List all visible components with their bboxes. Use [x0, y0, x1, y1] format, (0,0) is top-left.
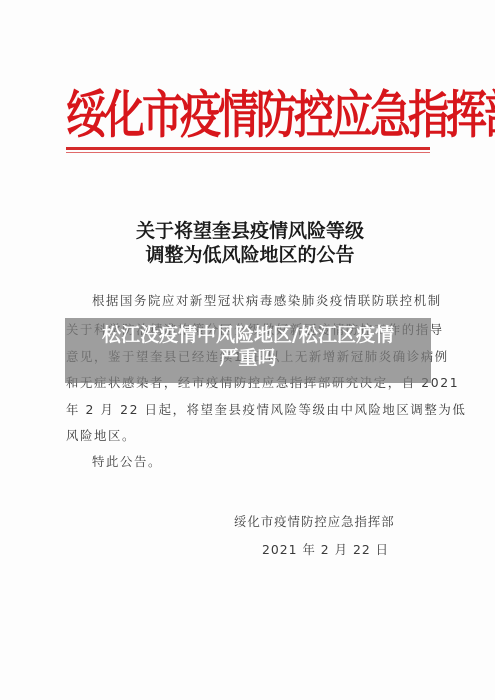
- header-rule-thick: [66, 147, 430, 150]
- body-line: 根据国务院应对新型冠状病毒感染肺炎疫情联防联控机制: [92, 291, 459, 309]
- header-rule-thin: [66, 152, 430, 153]
- document-title-line1: 关于将望奎县疫情风险等级: [100, 219, 400, 243]
- signature-date: 2021 年 2 月 22 日: [262, 540, 389, 558]
- overlay-headline-line1: 松江没疫情中风险地区/松江区疫情: [65, 324, 431, 347]
- body-line: 风险地区。: [66, 426, 433, 444]
- organization-header: 绥化市疫情防控应急指挥部: [66, 76, 430, 154]
- closing-text: 特此公告。: [92, 452, 459, 470]
- overlay-headline[interactable]: 松江没疫情中风险地区/松江区疫情 严重吗: [65, 318, 431, 383]
- overlay-headline-line2: 严重吗: [65, 347, 431, 370]
- document-title: 关于将望奎县疫情风险等级 调整为低风险地区的公告: [100, 219, 400, 267]
- signature-organization: 绥化市疫情防控应急指挥部: [234, 512, 395, 530]
- body-line: 年 2 月 22 日起，将望奎县疫情风险等级由中风险地区调整为低: [66, 400, 433, 418]
- document-title-line2: 调整为低风险地区的公告: [100, 243, 400, 267]
